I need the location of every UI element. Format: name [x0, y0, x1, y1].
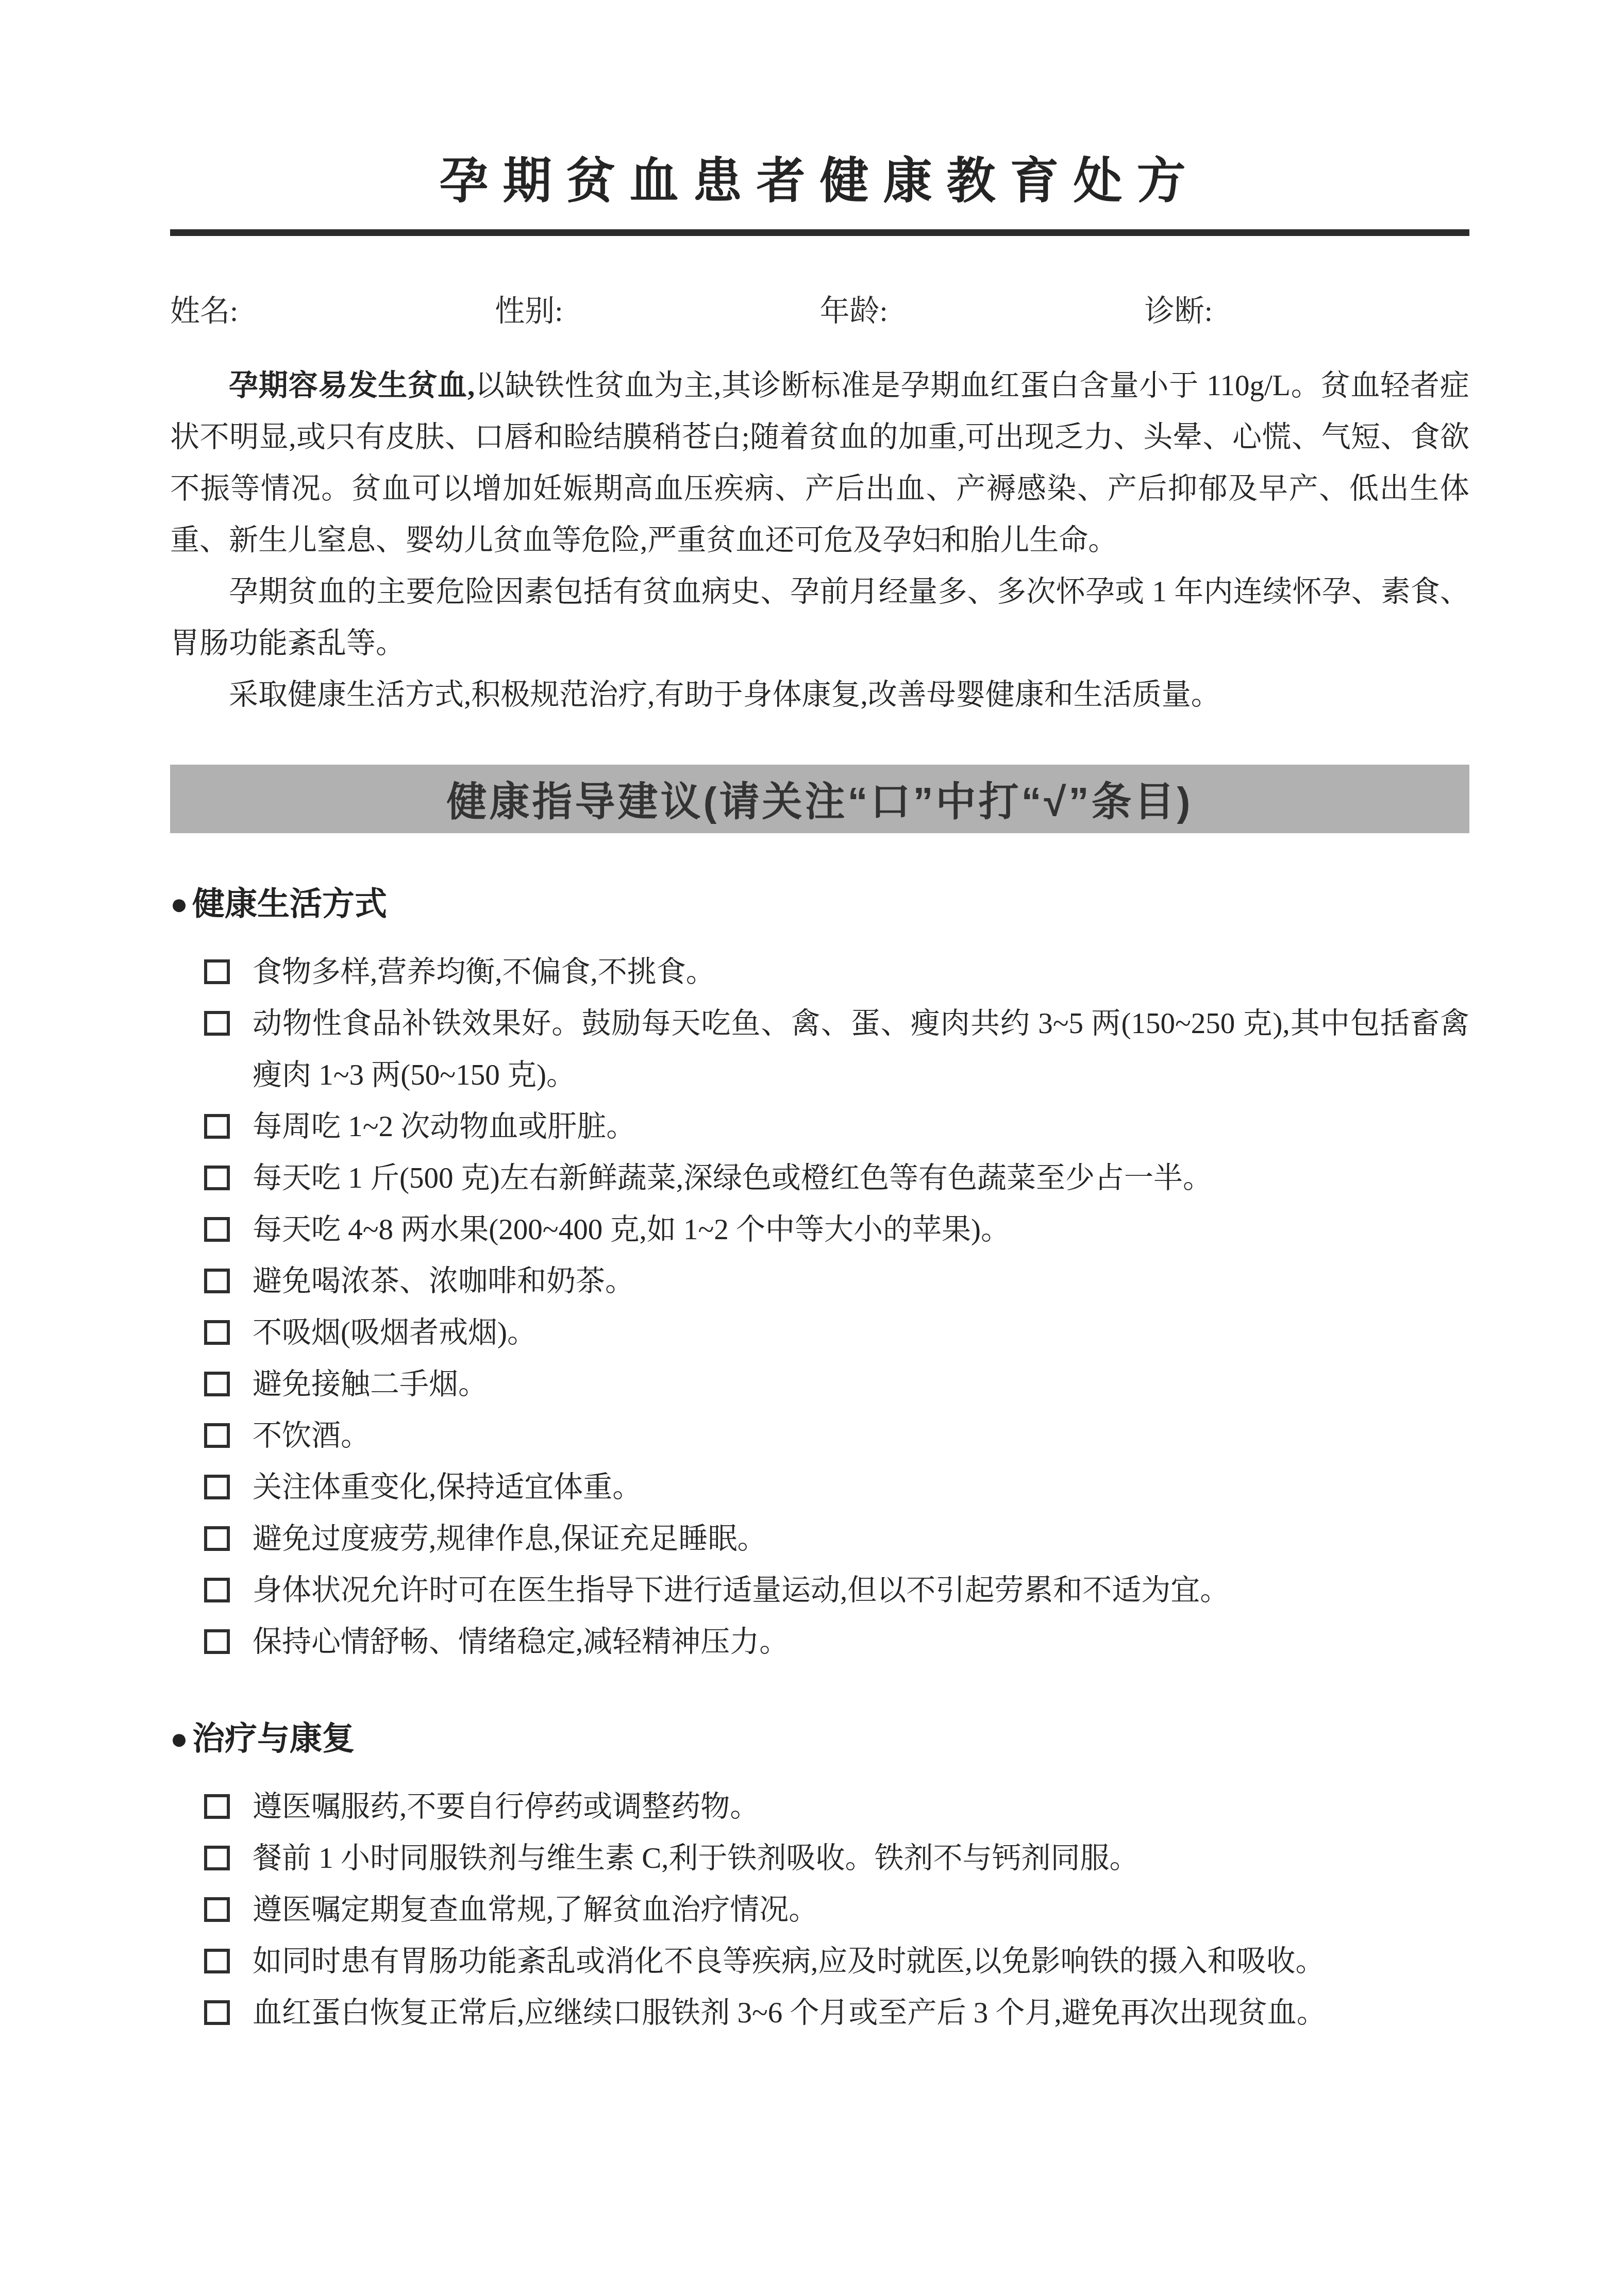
- checklist-item: 避免接触二手烟。: [170, 1359, 1469, 1410]
- checklist-item: 避免喝浓茶、浓咖啡和奶茶。: [170, 1256, 1469, 1307]
- checklist-item: 不饮酒。: [170, 1410, 1469, 1462]
- checklist-item-text: 每天吃 4~8 两水果(200~400 克,如 1~2 个中等大小的苹果)。: [253, 1213, 1010, 1246]
- sex-value[interactable]: [563, 285, 819, 321]
- checklist-item-text: 每周吃 1~2 次动物血或肝脏。: [253, 1110, 635, 1143]
- checkbox[interactable]: [204, 1217, 230, 1242]
- checklist-item-text: 每天吃 1 斤(500 克)左右新鲜蔬菜,深绿色或橙红色等有色蔬菜至少占一半。: [253, 1162, 1212, 1194]
- checklist-item-text: 避免接触二手烟。: [253, 1368, 488, 1400]
- checkbox[interactable]: [204, 1475, 230, 1499]
- sections: ●健康生活方式食物多样,营养均衡,不偏食,不挑食。动物性食品补铁效果好。鼓励每天…: [170, 882, 1469, 2039]
- intro-paragraph-1: 孕期容易发生贫血,以缺铁性贫血为主,其诊断标准是孕期血红蛋白含量小于 110g/…: [170, 360, 1469, 566]
- checkbox[interactable]: [204, 1578, 230, 1602]
- checklist-item: 避免过度疲劳,规律作息,保证充足睡眠。: [170, 1513, 1469, 1565]
- checklist-item: 关注体重变化,保持适宜体重。: [170, 1462, 1469, 1513]
- intro-paragraph-2: 孕期贫血的主要危险因素包括有贫血病史、孕前月经量多、多次怀孕或 1 年内连续怀孕…: [170, 566, 1469, 669]
- checklist-item-text: 保持心情舒畅、情绪稳定,减轻精神压力。: [253, 1626, 789, 1658]
- age-value[interactable]: [888, 285, 1145, 321]
- checklist-item: 血红蛋白恢复正常后,应继续口服铁剂 3~6 个月或至产后 3 个月,避免再次出现…: [170, 1987, 1469, 2039]
- section-heading-label: 健康生活方式: [192, 882, 387, 926]
- checkbox[interactable]: [204, 1526, 230, 1551]
- intro-paragraph-1-lead: 孕期容易发生贫血,: [229, 369, 475, 402]
- checklist-item: 遵医嘱服药,不要自行停药或调整药物。: [170, 1781, 1469, 1833]
- checklist-item-text: 遵医嘱定期复查血常规,了解贫血治疗情况。: [253, 1894, 818, 1926]
- section-heading-lifestyle: ●健康生活方式: [170, 882, 1469, 926]
- name-value[interactable]: [238, 285, 495, 321]
- checklist-item: 身体状况允许时可在医生指导下进行适量运动,但以不引起劳累和不适为宜。: [170, 1565, 1469, 1616]
- checklist-item: 保持心情舒畅、情绪稳定,减轻精神压力。: [170, 1616, 1469, 1668]
- checkbox[interactable]: [204, 2000, 230, 2025]
- checklist-item: 如同时患有胃肠功能紊乱或消化不良等疾病,应及时就医,以免影响铁的摄入和吸收。: [170, 1936, 1469, 1987]
- intro-paragraphs: 孕期容易发生贫血,以缺铁性贫血为主,其诊断标准是孕期血红蛋白含量小于 110g/…: [170, 360, 1469, 721]
- checkbox[interactable]: [204, 1897, 230, 1922]
- age-field: 年龄:: [820, 285, 1145, 329]
- checklist-item-text: 关注体重变化,保持适宜体重。: [253, 1471, 642, 1504]
- checklist-item: 每周吃 1~2 次动物血或肝脏。: [170, 1101, 1469, 1153]
- checklist-item-text: 不吸烟(吸烟者戒烟)。: [253, 1316, 537, 1349]
- checklist-item: 遵医嘱定期复查血常规,了解贫血治疗情况。: [170, 1884, 1469, 1936]
- diagnosis-field: 诊断:: [1145, 285, 1469, 329]
- checklist-item-text: 食物多样,营养均衡,不偏食,不挑食。: [253, 956, 715, 988]
- checklist-item-text: 血红蛋白恢复正常后,应继续口服铁剂 3~6 个月或至产后 3 个月,避免再次出现…: [253, 1997, 1326, 2029]
- sex-field: 性别:: [495, 285, 819, 329]
- bullet-icon: ●: [170, 1717, 188, 1761]
- checkbox[interactable]: [204, 1011, 230, 1036]
- checklist-item-text: 如同时患有胃肠功能紊乱或消化不良等疾病,应及时就医,以免影响铁的摄入和吸收。: [253, 1945, 1325, 1978]
- checkbox[interactable]: [204, 1166, 230, 1190]
- diagnosis-value[interactable]: [1213, 285, 1469, 321]
- sex-label: 性别:: [495, 293, 563, 329]
- checkbox[interactable]: [204, 959, 230, 984]
- guidance-banner: 健康指导建议(请关注“口”中打“√”条目): [170, 765, 1469, 833]
- checklist-item-text: 不饮酒。: [253, 1420, 370, 1452]
- title-rule: [170, 229, 1469, 236]
- checklist-lifestyle: 食物多样,营养均衡,不偏食,不挑食。动物性食品补铁效果好。鼓励每天吃鱼、禽、蛋、…: [170, 947, 1469, 1668]
- checkbox[interactable]: [204, 1372, 230, 1396]
- checkbox[interactable]: [204, 1114, 230, 1139]
- checkbox[interactable]: [204, 1629, 230, 1654]
- section-heading-treatment: ●治疗与康复: [170, 1717, 1469, 1761]
- checklist-item: 食物多样,营养均衡,不偏食,不挑食。: [170, 947, 1469, 998]
- checkbox[interactable]: [204, 1320, 230, 1345]
- diagnosis-label: 诊断:: [1145, 293, 1213, 329]
- checkbox[interactable]: [204, 1423, 230, 1448]
- checklist-item: 不吸烟(吸烟者戒烟)。: [170, 1307, 1469, 1359]
- checklist-item: 餐前 1 小时同服铁剂与维生素 C,利于铁剂吸收。铁剂不与钙剂同服。: [170, 1833, 1469, 1884]
- document-page: 孕期贫血患者健康教育处方 姓名: 性别: 年龄: 诊断: 孕期容易发生贫血,以缺…: [0, 0, 1624, 2296]
- checkbox[interactable]: [204, 1846, 230, 1870]
- checkbox[interactable]: [204, 1269, 230, 1293]
- checklist-item-text: 遵医嘱服药,不要自行停药或调整药物。: [253, 1791, 759, 1823]
- intro-paragraph-3: 采取健康生活方式,积极规范治疗,有助于身体康复,改善母婴健康和生活质量。: [170, 669, 1469, 721]
- section-heading-label: 治疗与康复: [192, 1717, 355, 1761]
- name-field: 姓名:: [170, 285, 495, 329]
- bullet-icon: ●: [170, 882, 188, 926]
- checklist-treatment: 遵医嘱服药,不要自行停药或调整药物。餐前 1 小时同服铁剂与维生素 C,利于铁剂…: [170, 1781, 1469, 2039]
- age-label: 年龄:: [820, 293, 888, 329]
- page-title: 孕期贫血患者健康教育处方: [170, 0, 1469, 209]
- name-label: 姓名:: [170, 293, 238, 329]
- checklist-item-text: 避免喝浓茶、浓咖啡和奶茶。: [253, 1265, 634, 1297]
- checkbox[interactable]: [204, 1794, 230, 1819]
- patient-info-row: 姓名: 性别: 年龄: 诊断:: [170, 285, 1469, 329]
- checklist-item-text: 避免过度疲劳,规律作息,保证充足睡眠。: [253, 1523, 767, 1555]
- checklist-item: 动物性食品补铁效果好。鼓励每天吃鱼、禽、蛋、瘦肉共约 3~5 两(150~250…: [170, 998, 1469, 1101]
- checklist-item: 每天吃 1 斤(500 克)左右新鲜蔬菜,深绿色或橙红色等有色蔬菜至少占一半。: [170, 1153, 1469, 1204]
- checkbox[interactable]: [204, 1949, 230, 1973]
- checklist-item: 每天吃 4~8 两水果(200~400 克,如 1~2 个中等大小的苹果)。: [170, 1204, 1469, 1256]
- checklist-item-text: 身体状况允许时可在医生指导下进行适量运动,但以不引起劳累和不适为宜。: [253, 1574, 1229, 1607]
- checklist-item-text: 动物性食品补铁效果好。鼓励每天吃鱼、禽、蛋、瘦肉共约 3~5 两(150~250…: [253, 1007, 1469, 1091]
- checklist-item-text: 餐前 1 小时同服铁剂与维生素 C,利于铁剂吸收。铁剂不与钙剂同服。: [253, 1842, 1139, 1875]
